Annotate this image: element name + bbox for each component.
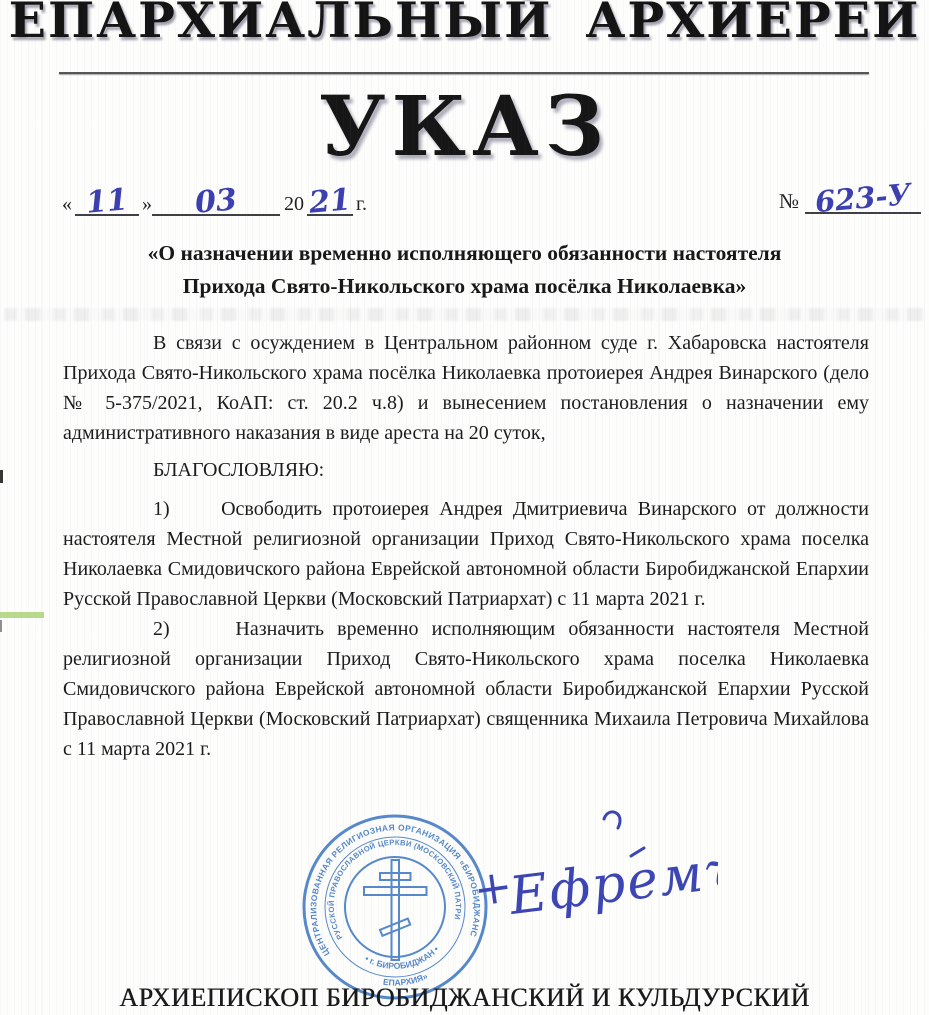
decree-document-page: ЕПАРХИАЛЬНЫЙ АРХИЕРЕЙ УКАЗ « 11 » 03 20 …	[0, 0, 929, 1015]
seal-city-text: • г. БИРОБИДЖАН •	[362, 943, 442, 975]
date-line: « 11 » 03 20 21 г.	[62, 188, 367, 216]
green-highlight-mark	[0, 612, 44, 618]
date-day-handwritten: 11	[74, 184, 140, 219]
signature-flourish	[604, 812, 620, 828]
date-year-prefix: 20	[284, 193, 304, 216]
date-quote-open: «	[62, 193, 72, 216]
decree-body: В связи с осуждением в Центральном район…	[63, 328, 869, 764]
scan-edge-mark-2	[0, 620, 2, 632]
decree-item-1: 1) Освободить протоиерея Андрея Дмитриев…	[63, 494, 869, 614]
bishop-signature: + Ефремъ	[468, 806, 718, 964]
date-suffix: г.	[356, 193, 367, 216]
blessing-line: БЛАГОСЛОВЛЯЮ:	[63, 455, 869, 485]
date-year-handwritten: 21	[306, 185, 354, 219]
eparchy-seal-stamp: ЦЕНТРАЛИЗОВАННАЯ РЕЛИГИОЗНАЯ ОРГАНИЗАЦИЯ…	[300, 812, 490, 1002]
date-month-handwritten: 03	[151, 181, 281, 222]
decree-number-line: № 623-У	[779, 186, 921, 214]
date-month-underline: 03	[152, 188, 280, 216]
scan-edge-mark	[0, 470, 3, 483]
preamble-paragraph: В связи с осуждением в Центральном район…	[63, 328, 869, 448]
letterhead-title: ЕПАРХИАЛЬНЫЙ АРХИЕРЕЙ	[0, 0, 929, 49]
date-day-underline: 11	[75, 188, 139, 216]
number-underline: 623-У	[805, 186, 921, 214]
decree-item-2: 2) Назначить временно исполняющим обязан…	[63, 614, 869, 764]
document-title: УКАЗ	[0, 86, 929, 168]
svg-text:• г. БИРОБИДЖАН •: • г. БИРОБИДЖАН •	[362, 943, 442, 975]
subject-heading: «О назначении временно исполняющего обяз…	[0, 237, 929, 303]
number-label: №	[779, 189, 799, 214]
subject-line-2: Прихода Свято-Никольского храма посёлка …	[0, 270, 929, 303]
scan-ghosting-artifact	[4, 308, 925, 321]
orthodox-cross-icon	[364, 860, 427, 960]
signature-name: Ефремъ	[505, 839, 718, 927]
subject-line-1: «О назначении временно исполняющего обяз…	[0, 237, 929, 270]
number-handwritten: 623-У	[804, 179, 922, 218]
signatory-title: АРХИЕПИСКОП БИРОБИДЖАНСКИЙ И КУЛЬДУРСКИЙ	[0, 983, 929, 1013]
date-year-underline: 21	[307, 188, 353, 216]
letterhead-divider	[59, 72, 869, 74]
